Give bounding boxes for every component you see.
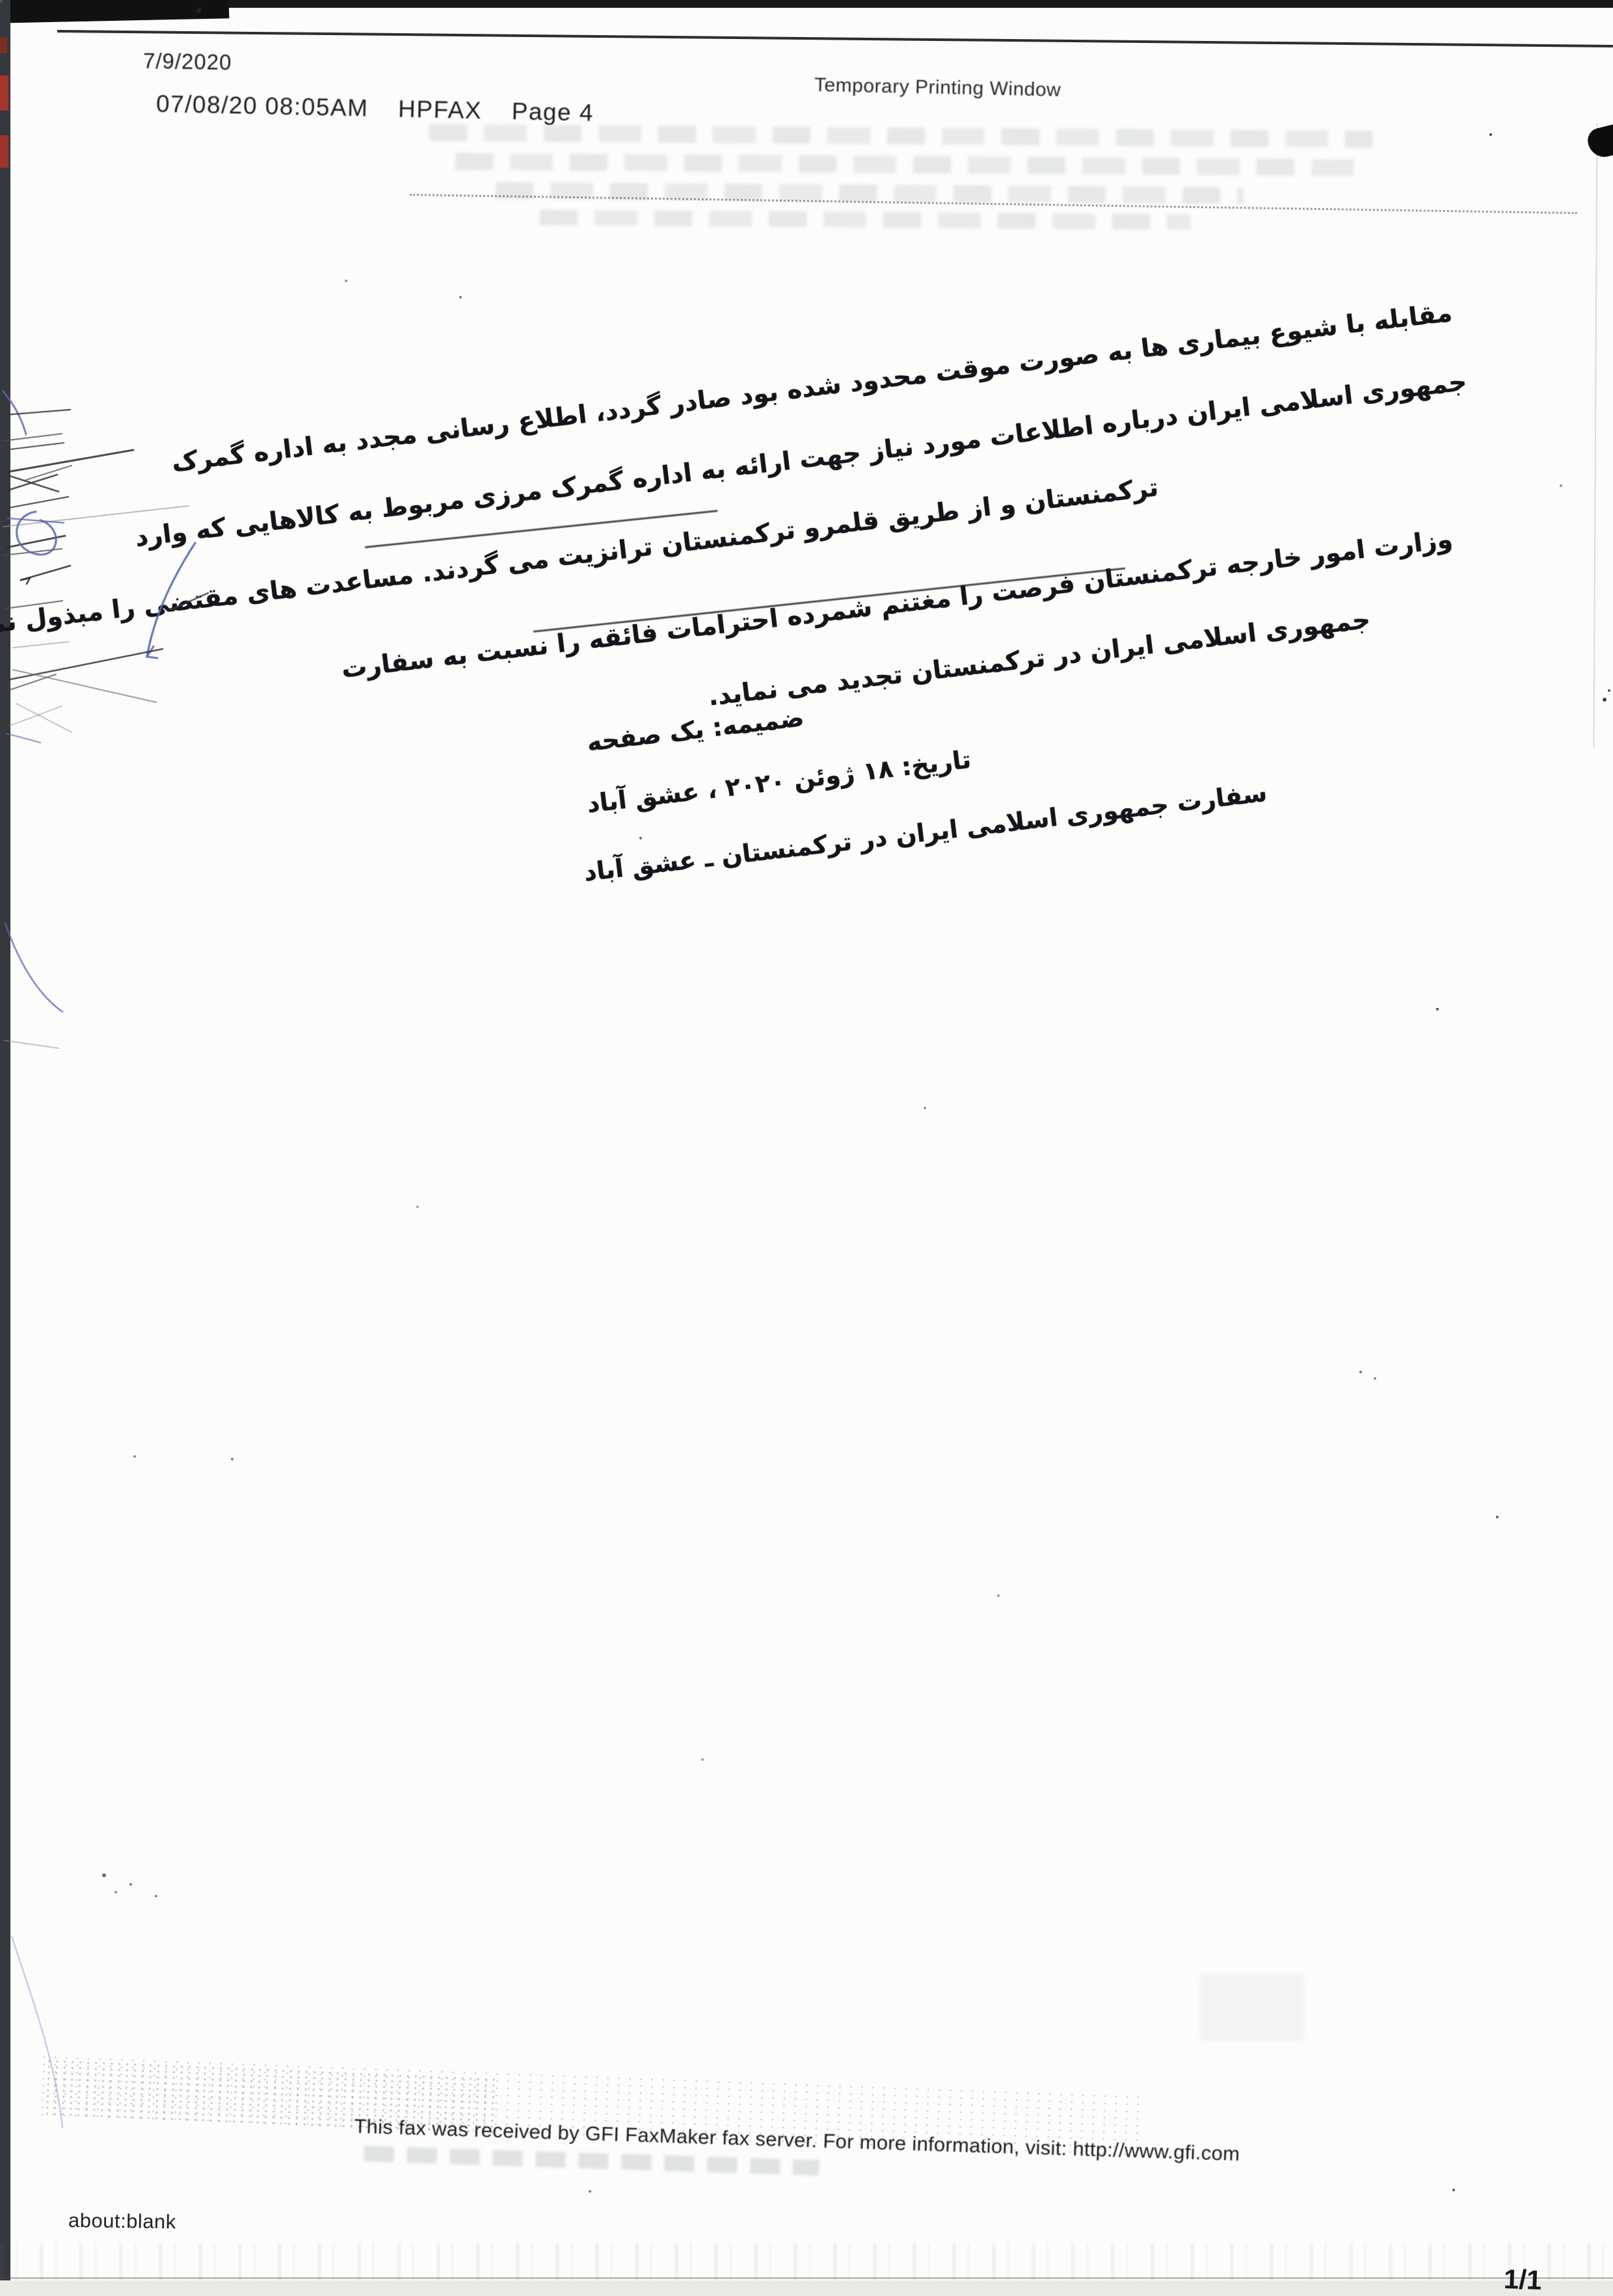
scan-left-red-mark xyxy=(0,135,8,168)
page-indicator: 1/1 xyxy=(1503,2263,1542,2280)
scan-bottom-noise xyxy=(0,2243,1613,2280)
fax-stamp-page: Page 4 xyxy=(511,98,594,126)
scan-bottom-edge xyxy=(0,2277,1613,2279)
faded-letterhead-line xyxy=(540,210,1190,230)
scan-ink-blob xyxy=(1585,124,1613,160)
letter-body: مقابله با شیوع بیماری ها به صورت موقت مح… xyxy=(224,191,1546,1142)
scan-top-edge xyxy=(0,0,1613,8)
print-date: 7/9/2020 xyxy=(143,49,232,75)
letter-attachment-line: ضمیمه: یک صفحه xyxy=(585,700,806,760)
fax-stamp-device: HPFAX xyxy=(398,96,483,124)
page-title: Temporary Printing Window xyxy=(814,74,1061,101)
fax-stamp: 07/08/20 08:05AM HPFAX Page 4 xyxy=(156,90,594,127)
scan-top-corner-wedge xyxy=(0,0,229,23)
paper-crease-line xyxy=(1593,124,1597,748)
scan-noise-patch xyxy=(1200,1973,1304,2042)
scan-hairline xyxy=(57,30,1613,47)
scan-left-red-mark xyxy=(0,38,7,53)
pen-scribbles xyxy=(0,351,234,1118)
scan-left-red-mark xyxy=(0,75,8,111)
pen-scribble-faint xyxy=(0,1912,98,2165)
scan-speckles xyxy=(0,0,3,3)
fax-stamp-datetime: 07/08/20 08:05AM xyxy=(156,90,369,122)
scanned-fax-page: 7/9/2020 Temporary Printing Window 07/08… xyxy=(0,0,1613,2280)
faded-letterhead-line xyxy=(429,124,1372,148)
faded-letterhead-line xyxy=(455,153,1359,176)
address-bar-text: about:blank xyxy=(68,2209,176,2234)
letter-date-line: تاریخ: ۱۸ ژوئن ۲۰۲۰ ، عشق آباد xyxy=(585,743,973,822)
